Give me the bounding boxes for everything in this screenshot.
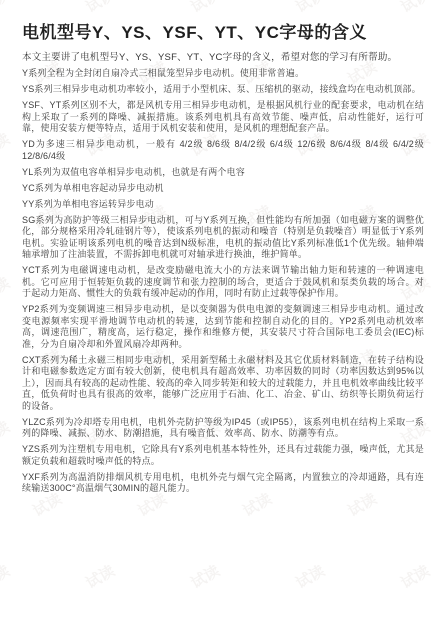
paragraph-ylzc-series: YLZC系列为冷却塔专用电机，电机外壳防护等级为IP45（或IP55），该系列电…	[22, 417, 424, 440]
paragraph-intro: 本文主要讲了电机型号Y、YS、YSF、YT、YC字母的含义，希望对您的学习有所帮…	[22, 52, 424, 64]
paragraph-yc-series: YC系列为单相电容起动异步电动机	[22, 183, 424, 195]
paragraph-yl-series: YL系列为双值电容单相异步电动机，也就是有两个电容	[22, 167, 424, 179]
document-page: 电机型号Y、YS、YSF、YT、YC字母的含义 本文主要讲了电机型号Y、YS、Y…	[0, 0, 440, 620]
paragraph-ys-series: YS系列三相异步电动机功率较小，适用于小型机床、泵、压缩机的驱动，接线盒均在电动…	[22, 84, 424, 96]
paragraph-yzs-series: YZS系列为注塑机专用电机，它除具有Y系列电机基本特性外，还具有过载能力强，噪声…	[22, 444, 424, 467]
paragraph-sg-series: SG系列为高防护等级三相异步电动机，可与Y系列互换，但性能均有所加强（如电磁方案…	[22, 215, 424, 261]
paragraph-yxf-series: YXF系列为高温消防排烟风机专用电机，电机外壳与烟气完全隔离，内置独立的冷却通路…	[22, 472, 424, 495]
paragraph-yct-series: YCT系列为电磁调速电动机，是改变励磁电流大小的方法来调节输出轴力矩和转速的一种…	[22, 265, 424, 300]
paragraph-yy-series: YY系列为单相电容运转异步电动	[22, 199, 424, 211]
page-title: 电机型号Y、YS、YSF、YT、YC字母的含义	[22, 18, 424, 43]
document-content: 本文主要讲了电机型号Y、YS、YSF、YT、YC字母的含义，希望对您的学习有所帮…	[22, 52, 424, 495]
paragraph-cxt-series: CXT系列为稀土永磁三相同步电动机，采用新型稀土永磁材料及其它优质材料制造，在转…	[22, 355, 424, 413]
paragraph-ysf-yt-series: YSF、YT系列区别不大，都是风机专用三相异步电动机，是根据风机行业的配套要求，…	[22, 100, 424, 135]
paragraph-yp2-series: YP2系列为变频调速三相异步电动机，是以变频器为供电电源的变频调速三相异步电动机…	[22, 304, 424, 350]
paragraph-y-series: Y系列全程为全封闭自扇冷式三相鼠笼型异步电动机。使用非常普遍。	[22, 68, 424, 80]
paragraph-yd-series: YD为多速三相异步电动机，一般有 4/2级 8/6级 8/4/2级 6/4级 1…	[22, 139, 424, 162]
